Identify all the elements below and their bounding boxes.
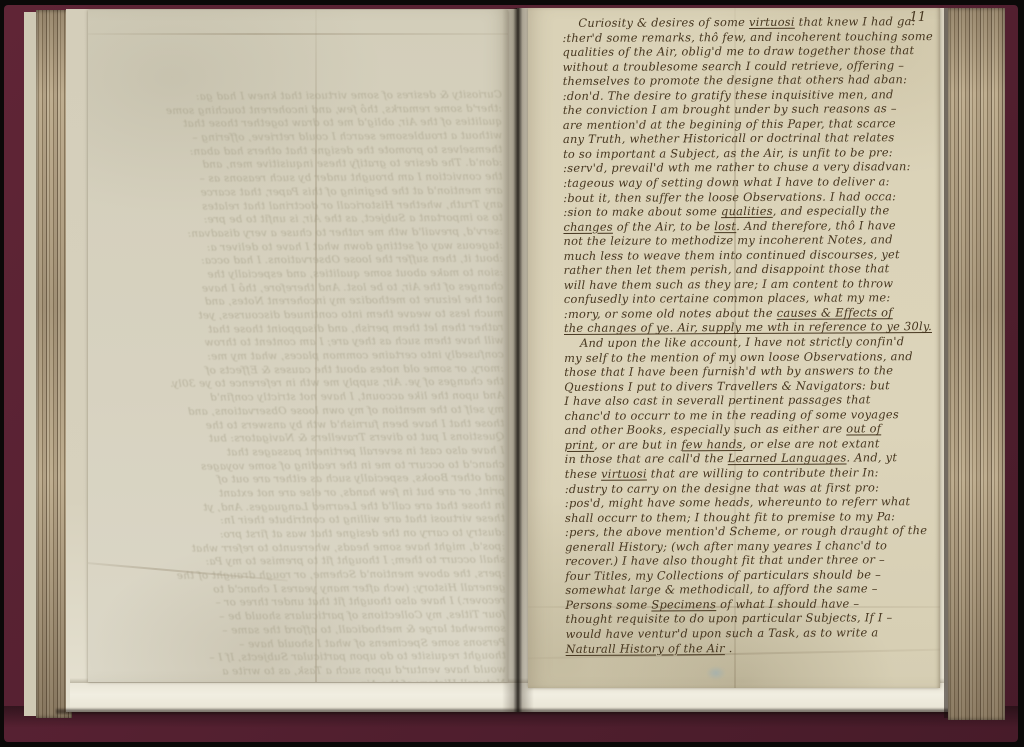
showthrough-text: Curiosity & desires of some virtuosi tha… (94, 89, 506, 682)
photograph-of-open-manuscript-book: Curiosity & desires of some virtuosi tha… (0, 0, 1024, 747)
handwritten-text: Curiosity & desires of some virtuosi tha… (562, 14, 937, 656)
fold-crease-horizontal (88, 33, 508, 35)
ink-stain (706, 666, 726, 680)
endpaper-edge (24, 12, 36, 716)
page-edges-right (948, 8, 1005, 720)
manuscript-leaf-right: 11 Curiosity & desires of some virtuosi … (528, 8, 940, 688)
manuscript-leaf-left: Curiosity & desires of some virtuosi tha… (88, 10, 508, 682)
